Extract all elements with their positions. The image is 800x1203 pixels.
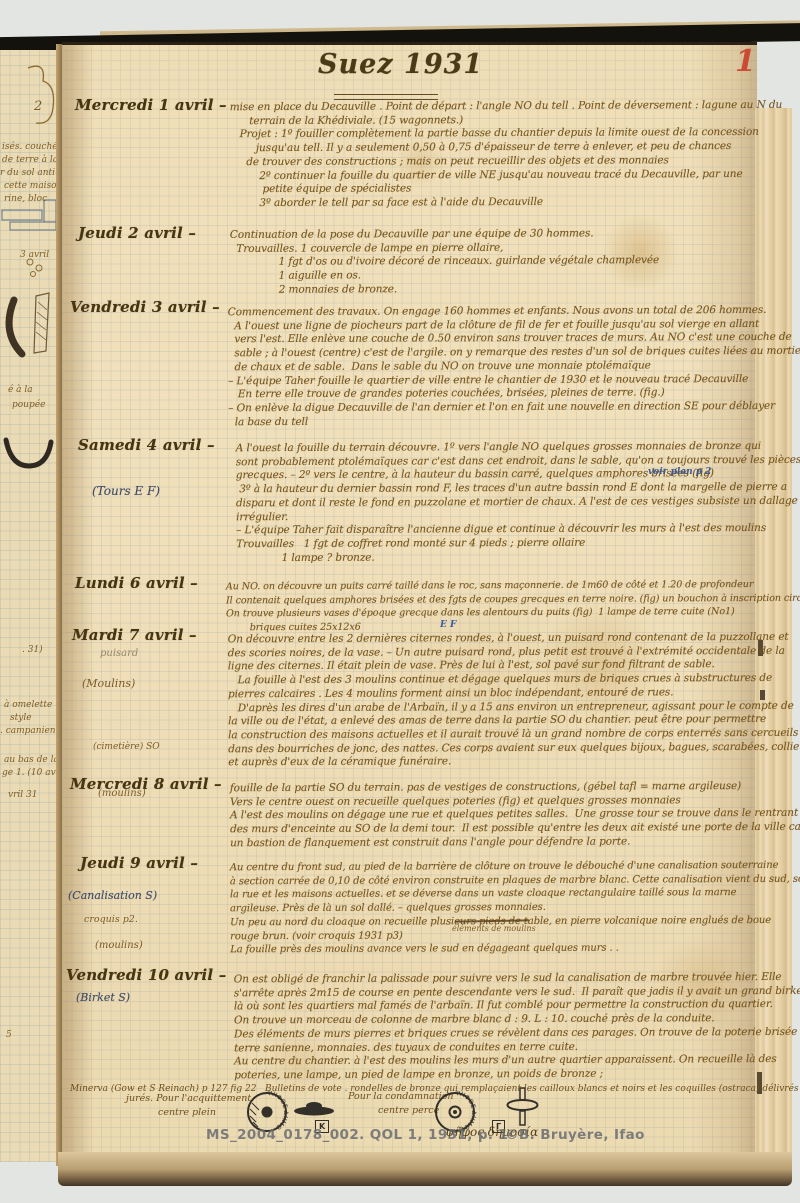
fragment-text: de terre à la: [2, 155, 58, 165]
fragment-text: . 31): [22, 645, 43, 655]
fragment-text: rine, bloc: [4, 194, 47, 204]
margin-note-moulins: (Moulins): [82, 678, 135, 689]
fragment-text: poupée: [12, 400, 45, 410]
fragment-text: isés. couchés: [2, 142, 62, 152]
entry-body: On découvre entre les 2 dernières citern…: [228, 631, 800, 771]
copyright-watermark: ©B. Bruyère, Ifao: [505, 1128, 645, 1143]
token-side-view-solid-icon: [292, 1098, 336, 1118]
pot-sketch: [28, 66, 54, 123]
entry-body: fouille de la partie SO du terrain. pas …: [230, 780, 800, 851]
hatched-slab-sketch: [34, 293, 49, 353]
margin-note-moulins: (moulins): [98, 788, 146, 799]
pottery-doodles: [27, 259, 42, 277]
fragment-text: cette maison: [4, 181, 62, 191]
entry-date: Samedi 4 avril –: [78, 438, 215, 453]
field-sketches: [0, 50, 60, 1162]
acquittal-subcaption: centre plein: [158, 1108, 216, 1119]
page-number: 1: [735, 46, 756, 78]
entry-date: Jeudi 9 avril –: [80, 856, 198, 871]
fragment-text: style: [10, 713, 32, 723]
previous-page-edge: 2 isés. couchés de terre à la r du sol a…: [0, 50, 60, 1162]
fragment-text: é à la: [8, 385, 33, 395]
acquittal-caption: jurés. Pour l'acquittement: [126, 1094, 251, 1105]
fragment-text: à omelette ?: [4, 700, 60, 710]
entry-date: Vendredi 3 avril –: [70, 300, 220, 315]
margin-note-canalisation: (Canalisation S): [68, 890, 157, 901]
annotation-plan-reference: voir plan p 2: [648, 467, 711, 477]
bowl-profile-sketch: [6, 440, 51, 466]
margin-note-moulins: (moulins): [95, 940, 143, 951]
margin-note-birket: (Birket S): [76, 992, 130, 1003]
entry-date: Lundi 6 avril –: [75, 576, 198, 591]
token-side-view-pierced-icon: [505, 1086, 541, 1130]
entry-body: Continuation de la pose du Decauville pa…: [230, 227, 659, 297]
margin-note-cimetiere: (cimetière) SO: [93, 742, 160, 753]
page-title: Suez 1931: [318, 50, 483, 80]
page-bottom-edge: [58, 1152, 792, 1186]
margin-note-croquis: croquis p2.: [84, 914, 138, 925]
entry-date: Jeudi 2 avril –: [78, 226, 196, 241]
condemnation-subcaption: centre percé: [378, 1106, 439, 1117]
archive-id-watermark: MS_2004_0178_002. QOL 1, 1931, p. 1: [206, 1128, 508, 1143]
entry-body: mise en place du Decauville . Point de d…: [230, 99, 783, 211]
fragment-text: au bas de la: [4, 755, 59, 765]
entry-body: Commencement des travaux. On engage 160 …: [228, 304, 800, 430]
fragment-text: vril 31: [8, 790, 37, 800]
annotation-ef: E F: [440, 620, 456, 630]
title-underline: [334, 94, 438, 100]
fragment-text: . campanien: [0, 726, 56, 736]
fragment-text: 2: [34, 102, 42, 112]
fragment-text: 3 avril: [20, 250, 49, 260]
margin-note-puisard: puisard: [100, 648, 138, 659]
entry-body: On est obligé de franchir la palissade p…: [234, 971, 800, 1083]
notebook-scan: 2 isés. couchés de terre à la r du sol a…: [0, 0, 800, 1203]
brick-wall-sketch: [2, 200, 56, 230]
margin-note-tours: (Tours E F): [92, 486, 160, 497]
entry-body: A l'ouest la fouille du terrain découvre…: [236, 440, 800, 566]
fragment-text: 5: [6, 1030, 12, 1040]
correction-text: éléments de moulins: [452, 924, 536, 933]
dark-profile-sketch: [9, 300, 22, 354]
entry-body: Au NO. on découvre un puits carré taillé…: [226, 578, 800, 635]
entry-date: Mercredi 1 avril –: [75, 98, 227, 113]
entry-body: Au centre du front sud, au pied de la ba…: [230, 859, 800, 957]
entry-date: Mardi 7 avril –: [72, 628, 197, 643]
entry-date: Vendredi 10 avril –: [66, 968, 226, 983]
